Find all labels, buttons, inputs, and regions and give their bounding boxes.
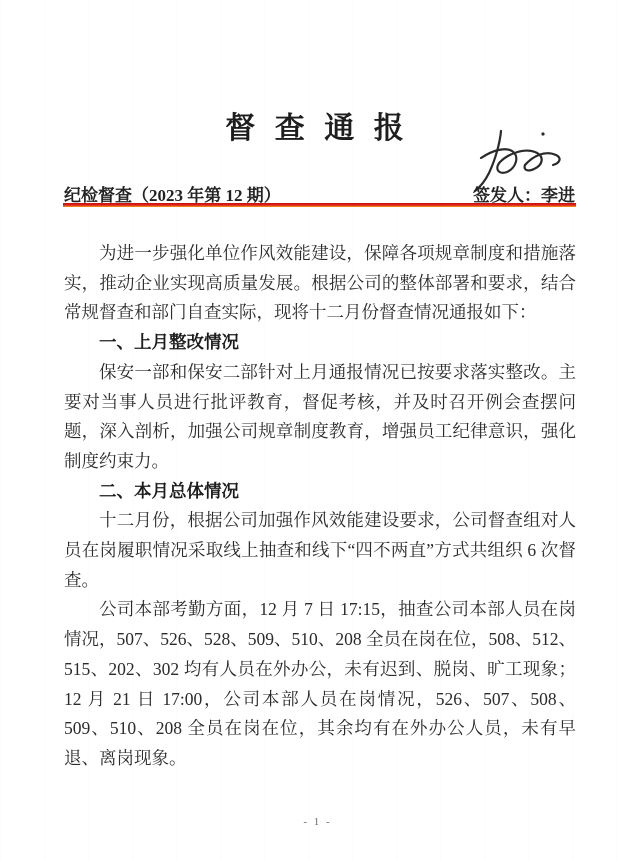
paragraph-section-2-overview: 十二月份，根据公司加强作风效能建设要求，公司督查组对人员在岗履职情况采取线上抽查… [64,506,576,595]
paragraph-intro: 为进一步强化单位作风效能建设，保障各项规章制度和措施落实，推动企业实现高质量发展… [64,239,576,328]
heading-section-2: 二、本月总体情况 [64,477,576,507]
document-page: 督 查 通 报 纪检督查（2023 年第 12 期） 签发人：李进 为进一步强化… [0,0,635,861]
page-number: - 1 - [0,816,635,828]
document-body: 为进一步强化单位作风效能建设，保障各项规章制度和措施落实，推动企业实现高质量发展… [64,239,576,774]
paragraph-section-2-attendance: 公司本部考勤方面，12 月 7 日 17:15，抽查公司本部人员在岗情况，507… [64,595,576,773]
header-red-rule [63,203,576,207]
paragraph-section-1: 保安一部和保安二部针对上月通报情况已按要求落实整改。主要对当事人员进行批评教育，… [64,358,576,477]
heading-section-1: 一、上月整改情况 [64,328,576,358]
